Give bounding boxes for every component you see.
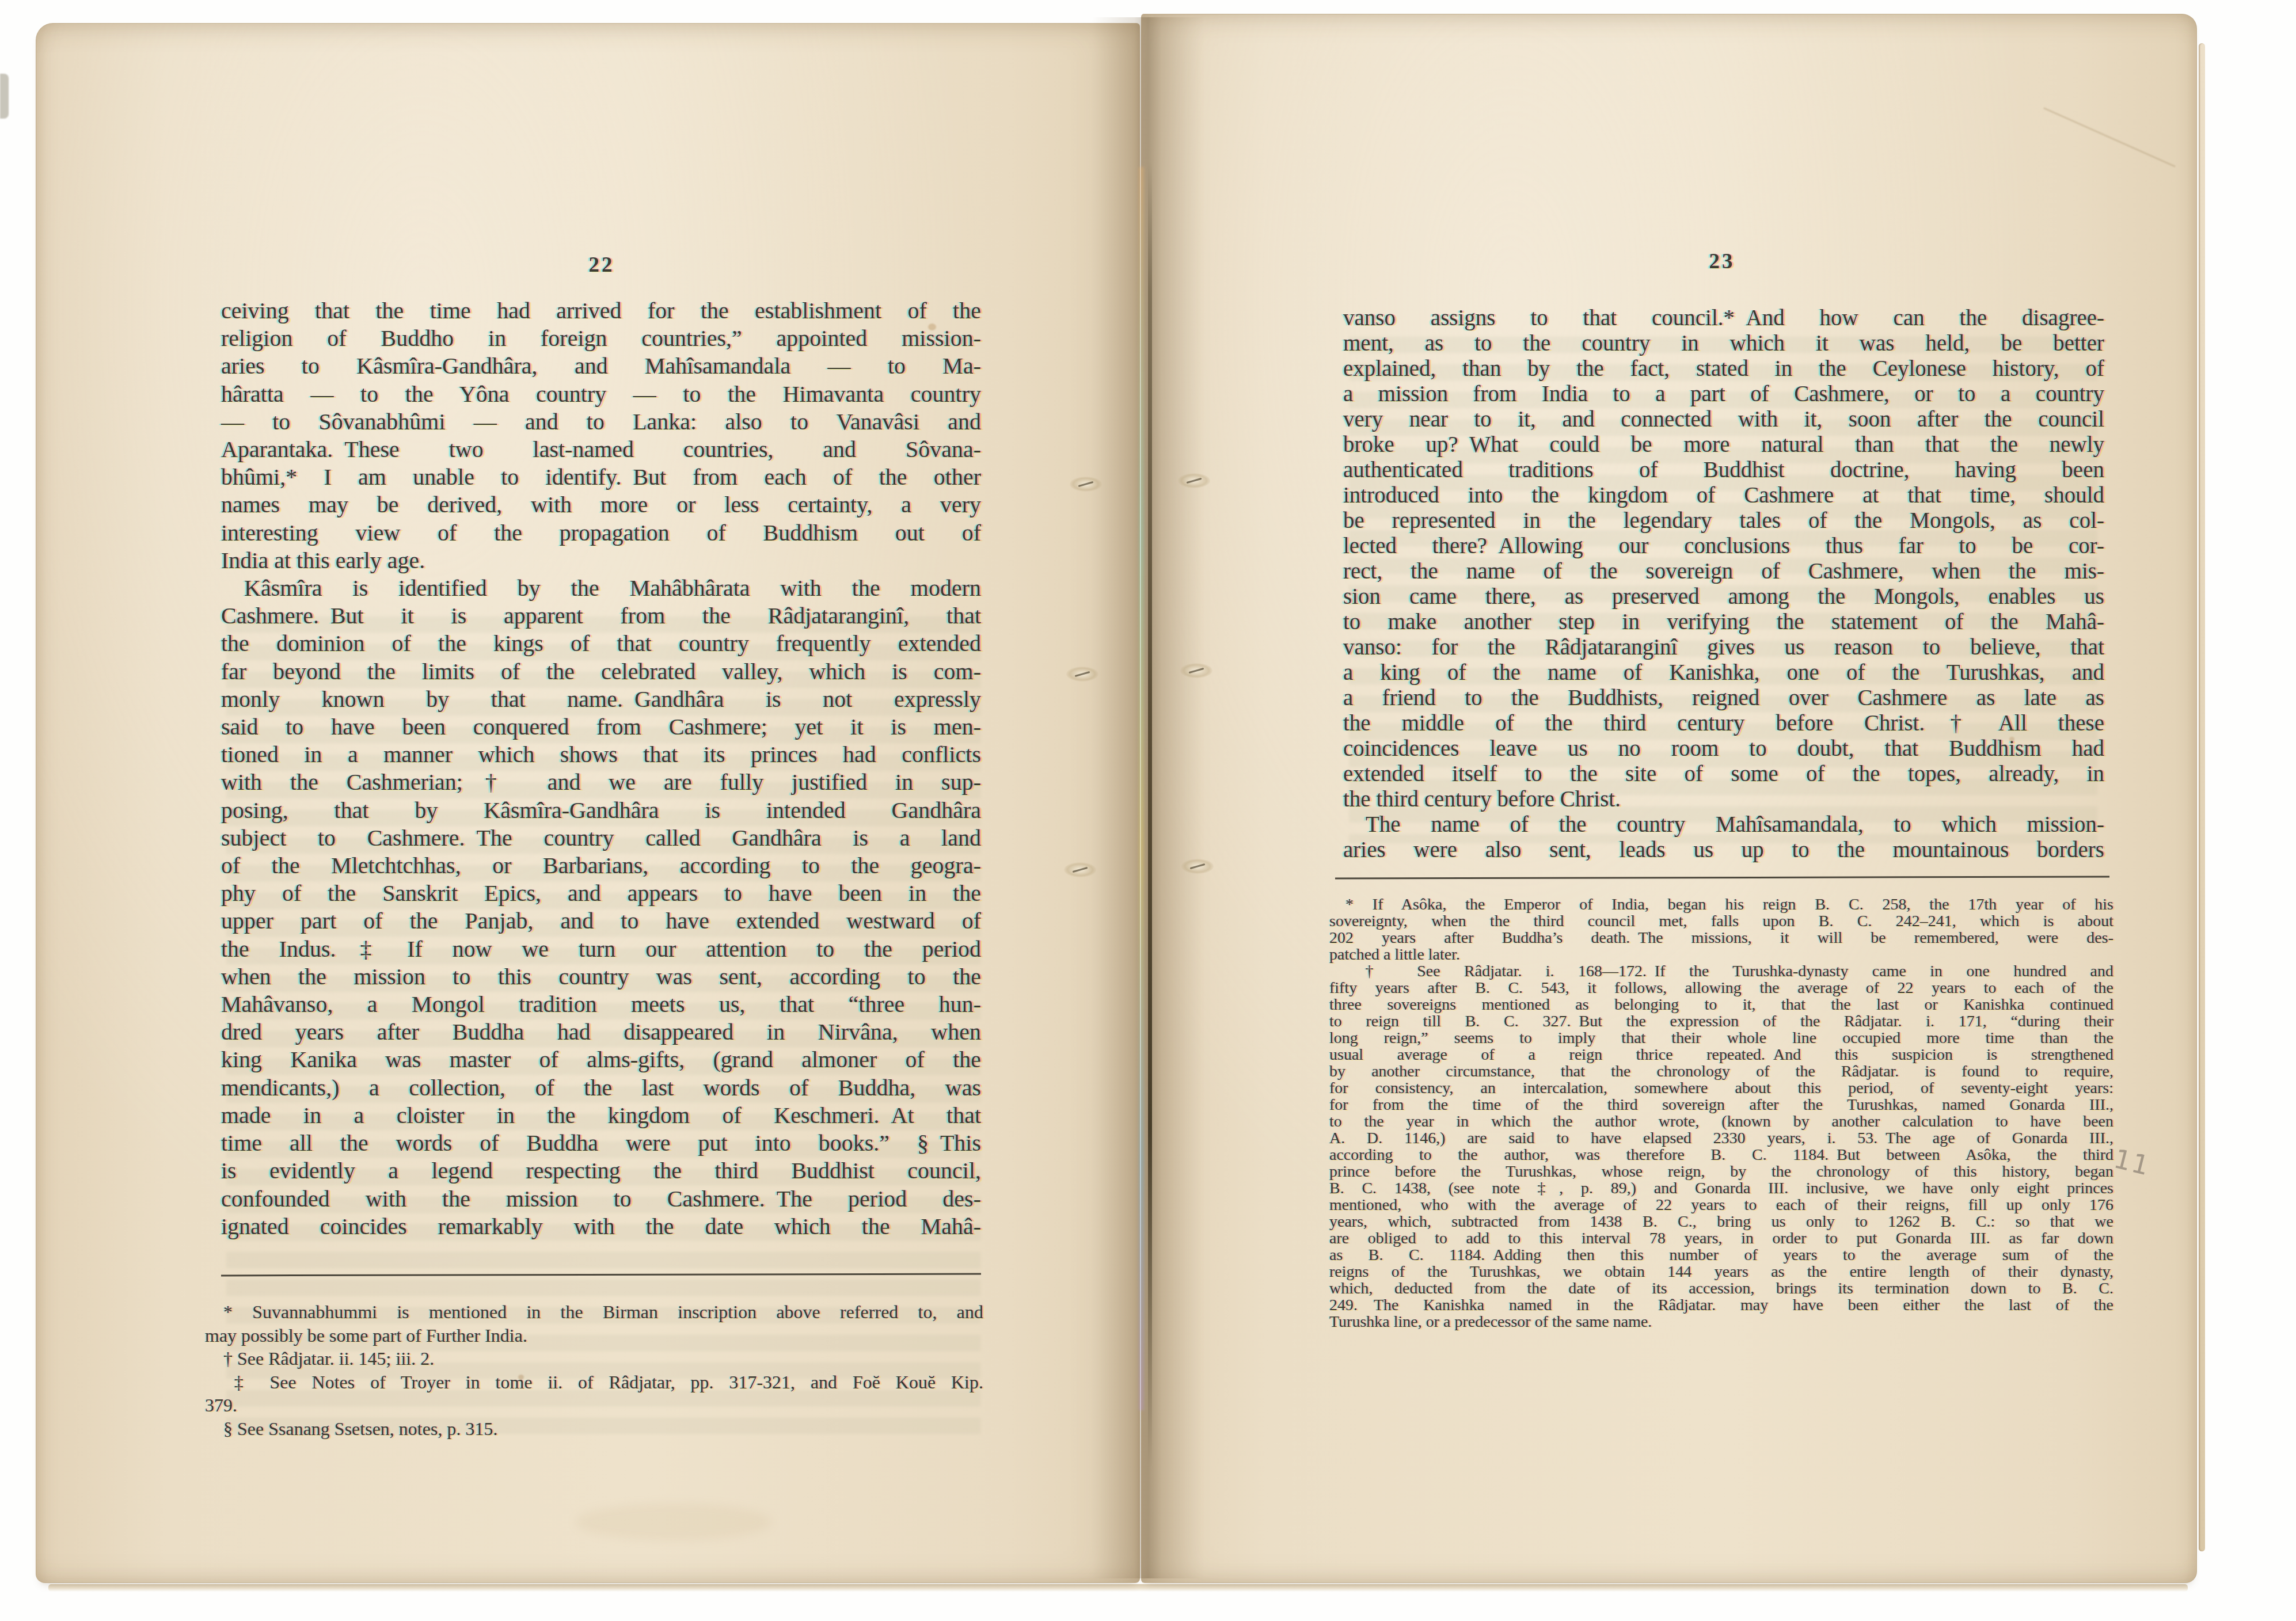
fn-line: usual average of a reign thrice repeated… [1329,1047,2113,1063]
line: to make another step in verifying the st… [1343,610,2104,635]
fn-line: according to the author, was therefore B… [1329,1147,2113,1163]
page-23-body: vanso assigns to that council.* And how … [1343,306,2104,863]
line: lected there? Allowing our conclusions t… [1343,534,2104,559]
fn-line: patched a little later. [1329,946,2113,963]
line: religion of Buddho in foreign countries,… [221,325,981,352]
fn-line: to the year in which the author wrote, (… [1329,1113,2113,1130]
scanned-book-spread: 22 ceiving that the time had arrived for… [0,0,2296,1621]
line: authenticated traditions of Buddhist doc… [1343,458,2104,483]
line: subject to Cashmere. The country called … [221,824,981,852]
fn-line: Turushka line, or a predecessor of the s… [1329,1314,2113,1330]
line: the Indus.‡ If now we turn our attention… [221,935,981,963]
line: ignated coincides remarkably with the da… [221,1213,981,1241]
line: very near to it, and connected with it, … [1343,407,2104,432]
fn-line: * Suvannabhummi is mentioned in the Birm… [205,1300,983,1324]
line: The name of the country Mahîsamandala, t… [1343,812,2104,838]
fn-line: § See Ssanang Ssetsen, notes, p. 315. [205,1417,983,1441]
line: explained, than by the fact, stated in t… [1343,356,2104,382]
line: Cashmere. But it is apparent from the Râ… [221,602,981,630]
fn-line: may possibly be some part of Further Ind… [205,1324,983,1348]
page-number-left: 22 [222,253,981,277]
page-stack-bottom-edge [48,1584,2188,1592]
fn-line: † See Râdjatar. i. 168—172. If the Turus… [1329,963,2113,980]
fn-line: as B. C. 1184. Adding then this number o… [1329,1247,2113,1264]
fn-line: ‡ See Notes of Troyer in tome ii. of Râd… [205,1371,983,1394]
line: bhûmi,* I am unable to identify. But fro… [221,463,981,491]
page-23-footnotes: * If Asôka, the Emperor of India, began … [1329,896,2113,1330]
line: interesting view of the propagation of B… [221,519,981,547]
corner-crease [2043,107,2176,167]
page-23: 23 vanso assigns to that council.* And h… [1141,14,2197,1583]
fn-line: to reign till B. C. 327. But the express… [1329,1013,2113,1030]
line: ceiving that the time had arrived for th… [221,297,981,325]
line: king Kanika was master of alms-gifts, (g… [221,1046,981,1074]
fn-line: for from the time of the third sovereign… [1329,1097,2113,1113]
fn-line: are obliged to add to this interval 78 y… [1329,1230,2113,1247]
line: the third century before Christ. [1343,787,2104,812]
line: vanso: for the Râdjataranginî gives us r… [1343,635,2104,660]
line: monly known by that name. Gandhâra is no… [221,686,981,713]
fn-line: reigns of the Turushkas, we obtain 144 y… [1329,1264,2113,1280]
line: the dominion of the kings of that countr… [221,630,981,657]
stitch-hole [1070,477,1102,492]
line: confounded with the mission to Cashmere.… [221,1185,981,1213]
line: when the mission to this country was sen… [221,963,981,991]
line: — to Sôvanabhûmi — and to Lanka: also to… [221,408,981,436]
line: coincidences leave us no room to doubt, … [1343,736,2104,762]
line: upper part of the Panjab, and to have ex… [221,907,981,935]
line: extended itself to the site of some of t… [1343,762,2104,787]
stitch-hole [1181,859,1214,874]
page-22-footnotes: * Suvannabhummi is mentioned in the Birm… [205,1300,983,1440]
fn-line: * If Asôka, the Emperor of India, began … [1329,896,2113,913]
footnote-rule-left [221,1273,981,1277]
fn-line: mentioned, who with the average of 22 ye… [1329,1197,2113,1213]
footnote-rule-right [1335,876,2109,880]
line: time all the words of Buddha were put in… [221,1129,981,1157]
line: said to have been conquered from Cashmer… [221,713,981,741]
line: names may be derived, with more or less … [221,491,981,519]
page-stack-right-edge [2199,43,2205,1551]
stitch-hole [1180,663,1212,678]
fn-line: B. C. 1438, (see note ‡, p. 89,) and Gon… [1329,1180,2113,1197]
line: made in a cloister in the kingdom of Kes… [221,1102,981,1129]
line: the middle of the third century before C… [1343,711,2104,736]
line: a mission from India to a part of Cashme… [1343,382,2104,407]
line: rect, the name of the sovereign of Cashm… [1343,559,2104,584]
stitch-hole [1178,473,1210,488]
fn-line: years, which, subtracted from 1438 B. C.… [1329,1213,2113,1230]
fn-line: for consistency, an intercalation, somew… [1329,1080,2113,1097]
line: a king of the name of Kanishka, one of t… [1343,660,2104,686]
fn-line: long reign,” seems to imply that their w… [1329,1030,2113,1047]
line: mendicants,) a collection, of the last w… [221,1074,981,1102]
line: of the Mletchtchhas, or Barbarians, acco… [221,852,981,880]
line: be represented in the legendary tales of… [1343,508,2104,534]
line: dred years after Buddha had disappeared … [221,1018,981,1046]
line: tioned in a manner which shows that its … [221,741,981,768]
line: vanso assigns to that council.* And how … [1343,306,2104,331]
fn-line: by another circumstance, that the chrono… [1329,1063,2113,1080]
fn-line: A. D. 1146,) are said to have elapsed 23… [1329,1130,2113,1147]
line: phy of the Sanskrit Epics, and appears t… [221,880,981,907]
line: Kâsmîra is identified by the Mahâbhârata… [221,574,981,602]
line: introduced into the kingdom of Cashmere … [1343,483,2104,508]
stitch-hole [1064,862,1096,877]
line: is evidently a legend respecting the thi… [221,1157,981,1185]
line: far beyond the limits of the celebrated … [221,658,981,686]
line: India at this early age. [221,547,981,574]
book-cover-edge [0,74,9,119]
line: posing, that by Kâsmîra-Gandhâra is inte… [221,797,981,824]
fn-line: which, deducted from the date of its acc… [1329,1280,2113,1297]
stitch-hole [1066,667,1098,682]
fn-line: fifty years after B. C. 543, it follows,… [1329,980,2113,996]
fn-line: † See Râdjatar. ii. 145; iii. 2. [205,1347,983,1371]
line: ment, as to the country in which it was … [1343,331,2104,356]
page-22-body: ceiving that the time had arrived for th… [221,297,981,1241]
fn-line: prince before the Turushkas, whose reign… [1329,1163,2113,1180]
page-22: 22 ceiving that the time had arrived for… [36,23,1140,1583]
page-number-right: 23 [1342,249,2102,274]
line: aries to Kâsmîra-Gandhâra, and Mahîsaman… [221,352,981,380]
line: Mahâvanso, a Mongol tradition meets us, … [221,991,981,1018]
line: sion came there, as preserved among the … [1343,584,2104,610]
line: a friend to the Buddhists, reigned over … [1343,686,2104,711]
fn-line: three sovereigns mentioned as belonging … [1329,996,2113,1013]
fn-line: sovereignty, when the third council met,… [1329,913,2113,930]
line: with the Cashmerian;† and we are fully j… [221,768,981,796]
line: broke up? What could be more natural tha… [1343,432,2104,458]
line: Aparantaka. These two last-named countri… [221,436,981,463]
fn-line: 249. The Kanishka named in the Râdjatar.… [1329,1297,2113,1314]
fn-line: 202 years after Buddha’s death. The miss… [1329,930,2113,946]
fn-line: 379. [205,1394,983,1417]
line: hâratta — to the Yôna country — to the H… [221,380,981,408]
line: aries were also sent, leads us up to the… [1343,838,2104,863]
